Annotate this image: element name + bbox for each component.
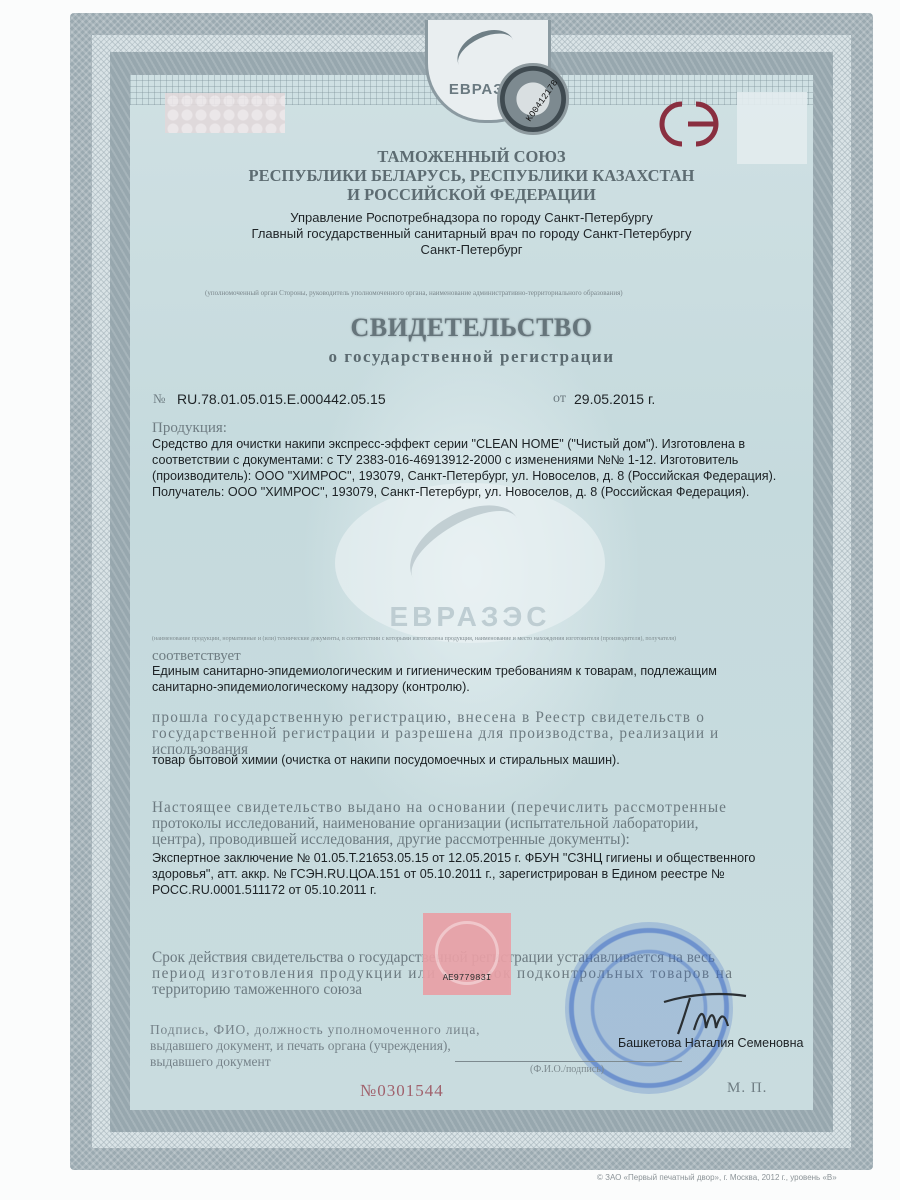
- basis-details: Экспертное заключение № 01.05.Т.21653.05…: [152, 850, 755, 898]
- product-label: Продукция:: [152, 420, 227, 437]
- hologram-serial: KO0412178: [524, 78, 560, 124]
- authority-line: Санкт-Петербург: [130, 242, 813, 258]
- authority-caption: (уполномоченный орган Стороны, руководит…: [205, 289, 745, 297]
- blank-serial-number: №0301544: [360, 1081, 444, 1101]
- signature-caption-line: Подпись, ФИО, должность уполномоченного …: [150, 1022, 512, 1038]
- product-line: Получатель: ООО "ХИМРОС", 193079, Санкт-…: [152, 484, 776, 500]
- product-caption: (наименование продукции, нормативные и (…: [152, 636, 792, 642]
- compliance-line: санитарно-эпидемиологическому надзору (к…: [152, 679, 717, 695]
- document-subtitle: о государственной регистрации: [130, 347, 813, 367]
- watermark-swoosh-icon: [396, 488, 535, 609]
- printer-imprint: © ЗАО «Первый печатный двор», г. Москва,…: [597, 1173, 837, 1182]
- registration-number: RU.78.01.05.015.E.000442.05.15: [177, 391, 386, 407]
- statement-line: государственной регистрации и разрешена …: [152, 726, 719, 742]
- basis-line: центра), проводившей исследования, други…: [152, 832, 727, 848]
- signer-name: Башкетова Наталия Семеновна: [618, 1036, 803, 1050]
- product-line: Средство для очистки накипи экспресс-эфф…: [152, 436, 776, 452]
- basis-line: протоколы исследований, наименование орг…: [152, 816, 727, 832]
- union-title-line: ТАМОЖЕННЫЙ СОЮЗ: [130, 147, 813, 166]
- product-description: Средство для очистки накипи экспресс-эфф…: [152, 436, 776, 500]
- basis-detail-line: здоровья", атт. аккр. № ГСЭН.RU.ЦОА.151 …: [152, 866, 755, 882]
- signature-line-caption: (Ф.И.О./подпись): [530, 1064, 604, 1075]
- basis-detail-line: Экспертное заключение № 01.05.Т.21653.05…: [152, 850, 755, 866]
- signature-line: [455, 1061, 682, 1062]
- compliance-text: Единым санитарно-эпидемиологическим и ги…: [152, 663, 717, 695]
- conformity-mark-icon: [652, 98, 724, 150]
- authority-line: Главный государственный санитарный врач …: [130, 226, 813, 242]
- handwritten-signature-icon: [660, 990, 750, 1036]
- stamp-place-label: М. П.: [727, 1080, 767, 1097]
- product-line: (производитель): ООО "ХИМРОС", 193079, С…: [152, 468, 776, 484]
- date-label: от: [553, 391, 566, 407]
- number-sign: №: [153, 391, 165, 407]
- basis-line: Настоящее свидетельство выдано на основа…: [152, 800, 727, 816]
- registration-row: № RU.78.01.05.015.E.000442.05.15 от 29.0…: [153, 391, 713, 409]
- security-sticker-icon: AE977983I: [423, 913, 511, 995]
- signature-caption-line: выдавшего документ: [150, 1054, 512, 1070]
- union-title-line: РЕСПУБЛИКИ БЕЛАРУСЬ, РЕСПУБЛИКИ КАЗАХСТА…: [130, 166, 813, 185]
- basis-detail-line: РОСС.RU.0001.511172 от 05.10.2011 г.: [152, 882, 755, 898]
- product-line: соответствии с документами: с ТУ 2383-01…: [152, 452, 776, 468]
- security-pearl-strip-left: [165, 93, 285, 133]
- issuing-union-title: ТАМОЖЕННЫЙ СОЮЗ РЕСПУБЛИКИ БЕЛАРУСЬ, РЕС…: [130, 147, 813, 204]
- usage-area: товар бытовой химии (очистка от накипи п…: [152, 752, 620, 768]
- signature-caption-line: выдавшего документ, и печать органа (учр…: [150, 1038, 512, 1054]
- signature-caption: Подпись, ФИО, должность уполномоченного …: [150, 1022, 512, 1070]
- issuing-authority: Управление Роспотребнадзора по городу Са…: [130, 210, 813, 258]
- compliance-line: Единым санитарно-эпидемиологическим и ги…: [152, 663, 717, 679]
- basis-statement: Настоящее свидетельство выдано на основа…: [152, 800, 727, 848]
- statement-line: прошла государственную регистрацию, внес…: [152, 710, 719, 726]
- hologram-seal-icon: KO0412178: [497, 63, 569, 135]
- registration-date: 29.05.2015 г.: [574, 391, 655, 407]
- eurasec-watermark-icon: ЕВРАЗЭС: [335, 483, 605, 643]
- registration-statement: прошла государственную регистрацию, внес…: [152, 710, 719, 758]
- authority-line: Управление Роспотребнадзора по городу Са…: [130, 210, 813, 226]
- watermark-text: ЕВРАЗЭС: [335, 601, 605, 633]
- document-title: СВИДЕТЕЛЬСТВО: [130, 313, 813, 343]
- sticker-serial: AE977983I: [423, 973, 511, 983]
- union-title-line: И РОССИЙСКОЙ ФЕДЕРАЦИИ: [130, 185, 813, 204]
